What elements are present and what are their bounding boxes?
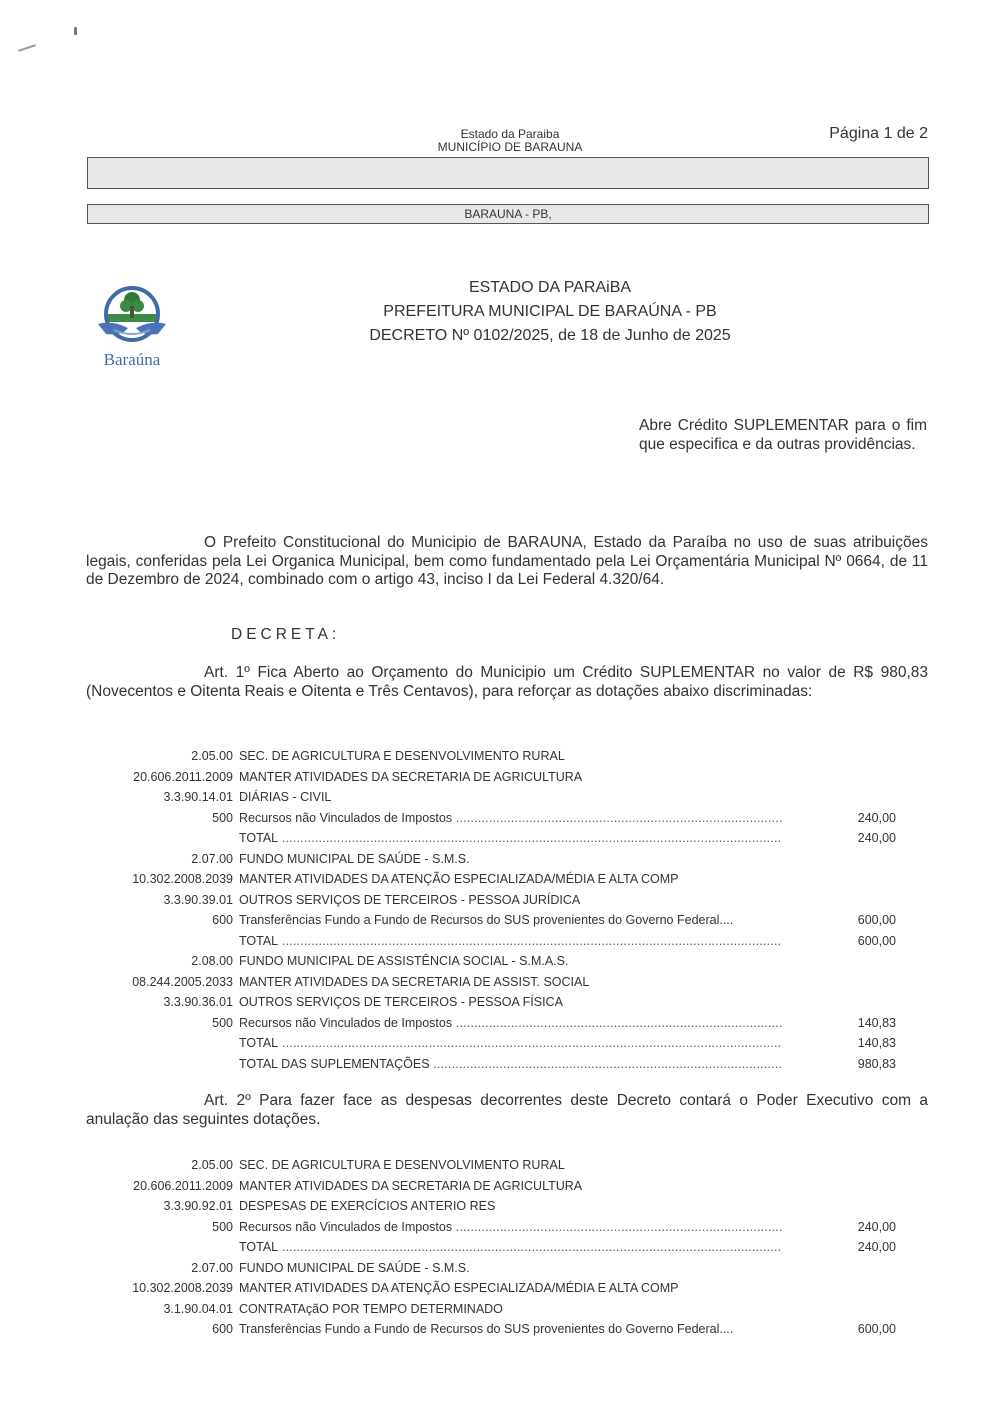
table-row: 2.07.00FUNDO MUNICIPAL DE SAÚDE - S.M.S. bbox=[86, 1258, 896, 1279]
table-row: TOTAL240,00 bbox=[86, 1237, 896, 1258]
budget-code: 08.244.2005.2033 bbox=[132, 972, 233, 993]
table-row: 2.07.00FUNDO MUNICIPAL DE SAÚDE - S.M.S. bbox=[86, 849, 896, 870]
budget-description: TOTAL bbox=[239, 1237, 782, 1258]
budget-code: 20.606.2011.2009 bbox=[133, 767, 233, 788]
title-prefecture: PREFEITURA MUNICIPAL DE BARAÚNA - PB bbox=[300, 300, 800, 324]
logo-caption: Baraúna bbox=[92, 351, 172, 369]
table-row: 20.606.2011.2009MANTER ATIVIDADES DA SEC… bbox=[86, 767, 896, 788]
budget-code: 2.07.00 bbox=[191, 849, 233, 870]
budget-description: TOTAL bbox=[239, 931, 782, 952]
budget-description: Recursos não Vinculados de Impostos bbox=[239, 1217, 782, 1238]
budget-code: 500 bbox=[212, 808, 233, 829]
table-row: 3.1.90.04.01CONTRATAçãO POR TEMPO DETERM… bbox=[86, 1299, 896, 1320]
budget-description: Recursos não Vinculados de Impostos bbox=[239, 808, 782, 829]
table-row: TOTAL240,00 bbox=[86, 828, 896, 849]
municipal-logo: Baraúna bbox=[92, 284, 172, 366]
table-row: 2.05.00SEC. DE AGRICULTURA E DESENVOLVIM… bbox=[86, 746, 896, 767]
budget-code: 3.3.90.39.01 bbox=[163, 890, 233, 911]
budget-code: 3.3.90.14.01 bbox=[163, 787, 233, 808]
table-row: 500Recursos não Vinculados de Impostos24… bbox=[86, 1217, 896, 1238]
table-row: 500Recursos não Vinculados de Impostos24… bbox=[86, 808, 896, 829]
article-1: Art. 1º Fica Aberto ao Orçamento do Muni… bbox=[86, 664, 928, 701]
budget-description: MANTER ATIVIDADES DA ATENÇÃO ESPECIALIZA… bbox=[239, 1278, 678, 1299]
table-row: 3.3.90.92.01DESPESAS DE EXERCÍCIOS ANTER… bbox=[86, 1196, 896, 1217]
supplement-table: 2.05.00SEC. DE AGRICULTURA E DESENVOLVIM… bbox=[86, 746, 896, 1074]
table-row: 10.302.2008.2039MANTER ATIVIDADES DA ATE… bbox=[86, 869, 896, 890]
budget-description: FUNDO MUNICIPAL DE ASSISTÊNCIA SOCIAL - … bbox=[239, 951, 568, 972]
budget-value: 240,00 bbox=[858, 808, 896, 829]
budget-description: TOTAL bbox=[239, 1033, 782, 1054]
annulment-table: 2.05.00SEC. DE AGRICULTURA E DESENVOLVIM… bbox=[86, 1155, 896, 1340]
table-row: 08.244.2005.2033MANTER ATIVIDADES DA SEC… bbox=[86, 972, 896, 993]
title-decree-number: DECRETO Nº 0102/2025, de 18 de Junho de … bbox=[300, 324, 800, 348]
budget-description: FUNDO MUNICIPAL DE SAÚDE - S.M.S. bbox=[239, 1258, 470, 1279]
intro-paragraph: O Prefeito Constitucional do Municipio d… bbox=[86, 534, 928, 590]
budget-code: 500 bbox=[212, 1217, 233, 1238]
budget-value: 600,00 bbox=[858, 931, 896, 952]
budget-code: 3.3.90.92.01 bbox=[163, 1196, 233, 1217]
coat-of-arms-icon bbox=[92, 284, 172, 346]
budget-value: 240,00 bbox=[858, 1217, 896, 1238]
budget-description: SEC. DE AGRICULTURA E DESENVOLVIMENTO RU… bbox=[239, 746, 565, 767]
title-state: ESTADO DA PARAiBA bbox=[300, 276, 800, 300]
budget-description: Recursos não Vinculados de Impostos bbox=[239, 1013, 782, 1034]
budget-code: 10.302.2008.2039 bbox=[132, 1278, 233, 1299]
budget-description: Transferências Fundo a Fundo de Recursos… bbox=[239, 1319, 782, 1340]
budget-description: MANTER ATIVIDADES DA SECRETARIA DE AGRIC… bbox=[239, 767, 582, 788]
table-row: 2.05.00SEC. DE AGRICULTURA E DESENVOLVIM… bbox=[86, 1155, 896, 1176]
table-row: 10.302.2008.2039MANTER ATIVIDADES DA ATE… bbox=[86, 1278, 896, 1299]
budget-description: OUTROS SERVIÇOS DE TERCEIROS - PESSOA FÍ… bbox=[239, 992, 563, 1013]
article-1-text: Art. 1º Fica Aberto ao Orçamento do Muni… bbox=[86, 664, 928, 700]
budget-code: 2.05.00 bbox=[191, 1155, 233, 1176]
table-row: 20.606.2011.2009MANTER ATIVIDADES DA SEC… bbox=[86, 1176, 896, 1197]
article-2-text: Art. 2º Para fazer face as despesas deco… bbox=[86, 1092, 928, 1128]
budget-code: 3.3.90.36.01 bbox=[163, 992, 233, 1013]
budget-description: TOTAL bbox=[239, 828, 782, 849]
budget-description: TOTAL DAS SUPLEMENTAÇÕES bbox=[239, 1054, 782, 1075]
budget-description: DESPESAS DE EXERCÍCIOS ANTERIO RES bbox=[239, 1196, 495, 1217]
intro-text: O Prefeito Constitucional do Municipio d… bbox=[86, 534, 928, 588]
header-blank-box bbox=[87, 157, 929, 189]
budget-code: 2.05.00 bbox=[191, 746, 233, 767]
budget-value: 240,00 bbox=[858, 1237, 896, 1258]
scan-artifact bbox=[74, 27, 77, 35]
table-row: 600Transferências Fundo a Fundo de Recur… bbox=[86, 1319, 896, 1340]
scan-artifact bbox=[18, 44, 36, 51]
table-row: TOTAL140,83 bbox=[86, 1033, 896, 1054]
budget-code: 20.606.2011.2009 bbox=[133, 1176, 233, 1197]
table-row: 600Transferências Fundo a Fundo de Recur… bbox=[86, 910, 896, 931]
table-row: 3.3.90.39.01OUTROS SERVIÇOS DE TERCEIROS… bbox=[86, 890, 896, 911]
page-indicator: Página 1 de 2 bbox=[829, 125, 928, 143]
budget-code: 600 bbox=[212, 1319, 233, 1340]
budget-description: MANTER ATIVIDADES DA ATENÇÃO ESPECIALIZA… bbox=[239, 869, 678, 890]
budget-description: MANTER ATIVIDADES DA SECRETARIA DE AGRIC… bbox=[239, 1176, 582, 1197]
budget-description: OUTROS SERVIÇOS DE TERCEIROS - PESSOA JU… bbox=[239, 890, 580, 911]
budget-code: 10.302.2008.2039 bbox=[132, 869, 233, 890]
budget-value: 140,83 bbox=[858, 1033, 896, 1054]
budget-description: DIÁRIAS - CIVIL bbox=[239, 787, 331, 808]
budget-description: FUNDO MUNICIPAL DE SAÚDE - S.M.S. bbox=[239, 849, 470, 870]
decreta-heading: DECRETA: bbox=[231, 626, 340, 644]
table-row: 500Recursos não Vinculados de Impostos14… bbox=[86, 1013, 896, 1034]
decree-summary: Abre Crédito SUPLEMENTAR para o fim que … bbox=[639, 416, 927, 454]
table-row: TOTAL DAS SUPLEMENTAÇÕES980,83 bbox=[86, 1054, 896, 1075]
budget-description: Transferências Fundo a Fundo de Recursos… bbox=[239, 910, 782, 931]
decree-title: ESTADO DA PARAiBA PREFEITURA MUNICIPAL D… bbox=[300, 276, 800, 348]
budget-description: MANTER ATIVIDADES DA SECRETARIA DE ASSIS… bbox=[239, 972, 589, 993]
budget-code: 500 bbox=[212, 1013, 233, 1034]
budget-description: CONTRATAçãO POR TEMPO DETERMINADO bbox=[239, 1299, 503, 1320]
budget-value: 980,83 bbox=[858, 1054, 896, 1075]
budget-value: 240,00 bbox=[858, 828, 896, 849]
budget-value: 600,00 bbox=[858, 910, 896, 931]
budget-description: SEC. DE AGRICULTURA E DESENVOLVIMENTO RU… bbox=[239, 1155, 565, 1176]
budget-code: 3.1.90.04.01 bbox=[163, 1299, 233, 1320]
table-row: 2.08.00FUNDO MUNICIPAL DE ASSISTÊNCIA SO… bbox=[86, 951, 896, 972]
budget-code: 600 bbox=[212, 910, 233, 931]
location-box: BARAUNA - PB, bbox=[87, 204, 929, 224]
article-2: Art. 2º Para fazer face as despesas deco… bbox=[86, 1092, 928, 1129]
table-row: TOTAL600,00 bbox=[86, 931, 896, 952]
budget-code: 2.07.00 bbox=[191, 1258, 233, 1279]
budget-code: 2.08.00 bbox=[191, 951, 233, 972]
budget-value: 140,83 bbox=[858, 1013, 896, 1034]
table-row: 3.3.90.36.01OUTROS SERVIÇOS DE TERCEIROS… bbox=[86, 992, 896, 1013]
table-row: 3.3.90.14.01DIÁRIAS - CIVIL bbox=[86, 787, 896, 808]
budget-value: 600,00 bbox=[858, 1319, 896, 1340]
